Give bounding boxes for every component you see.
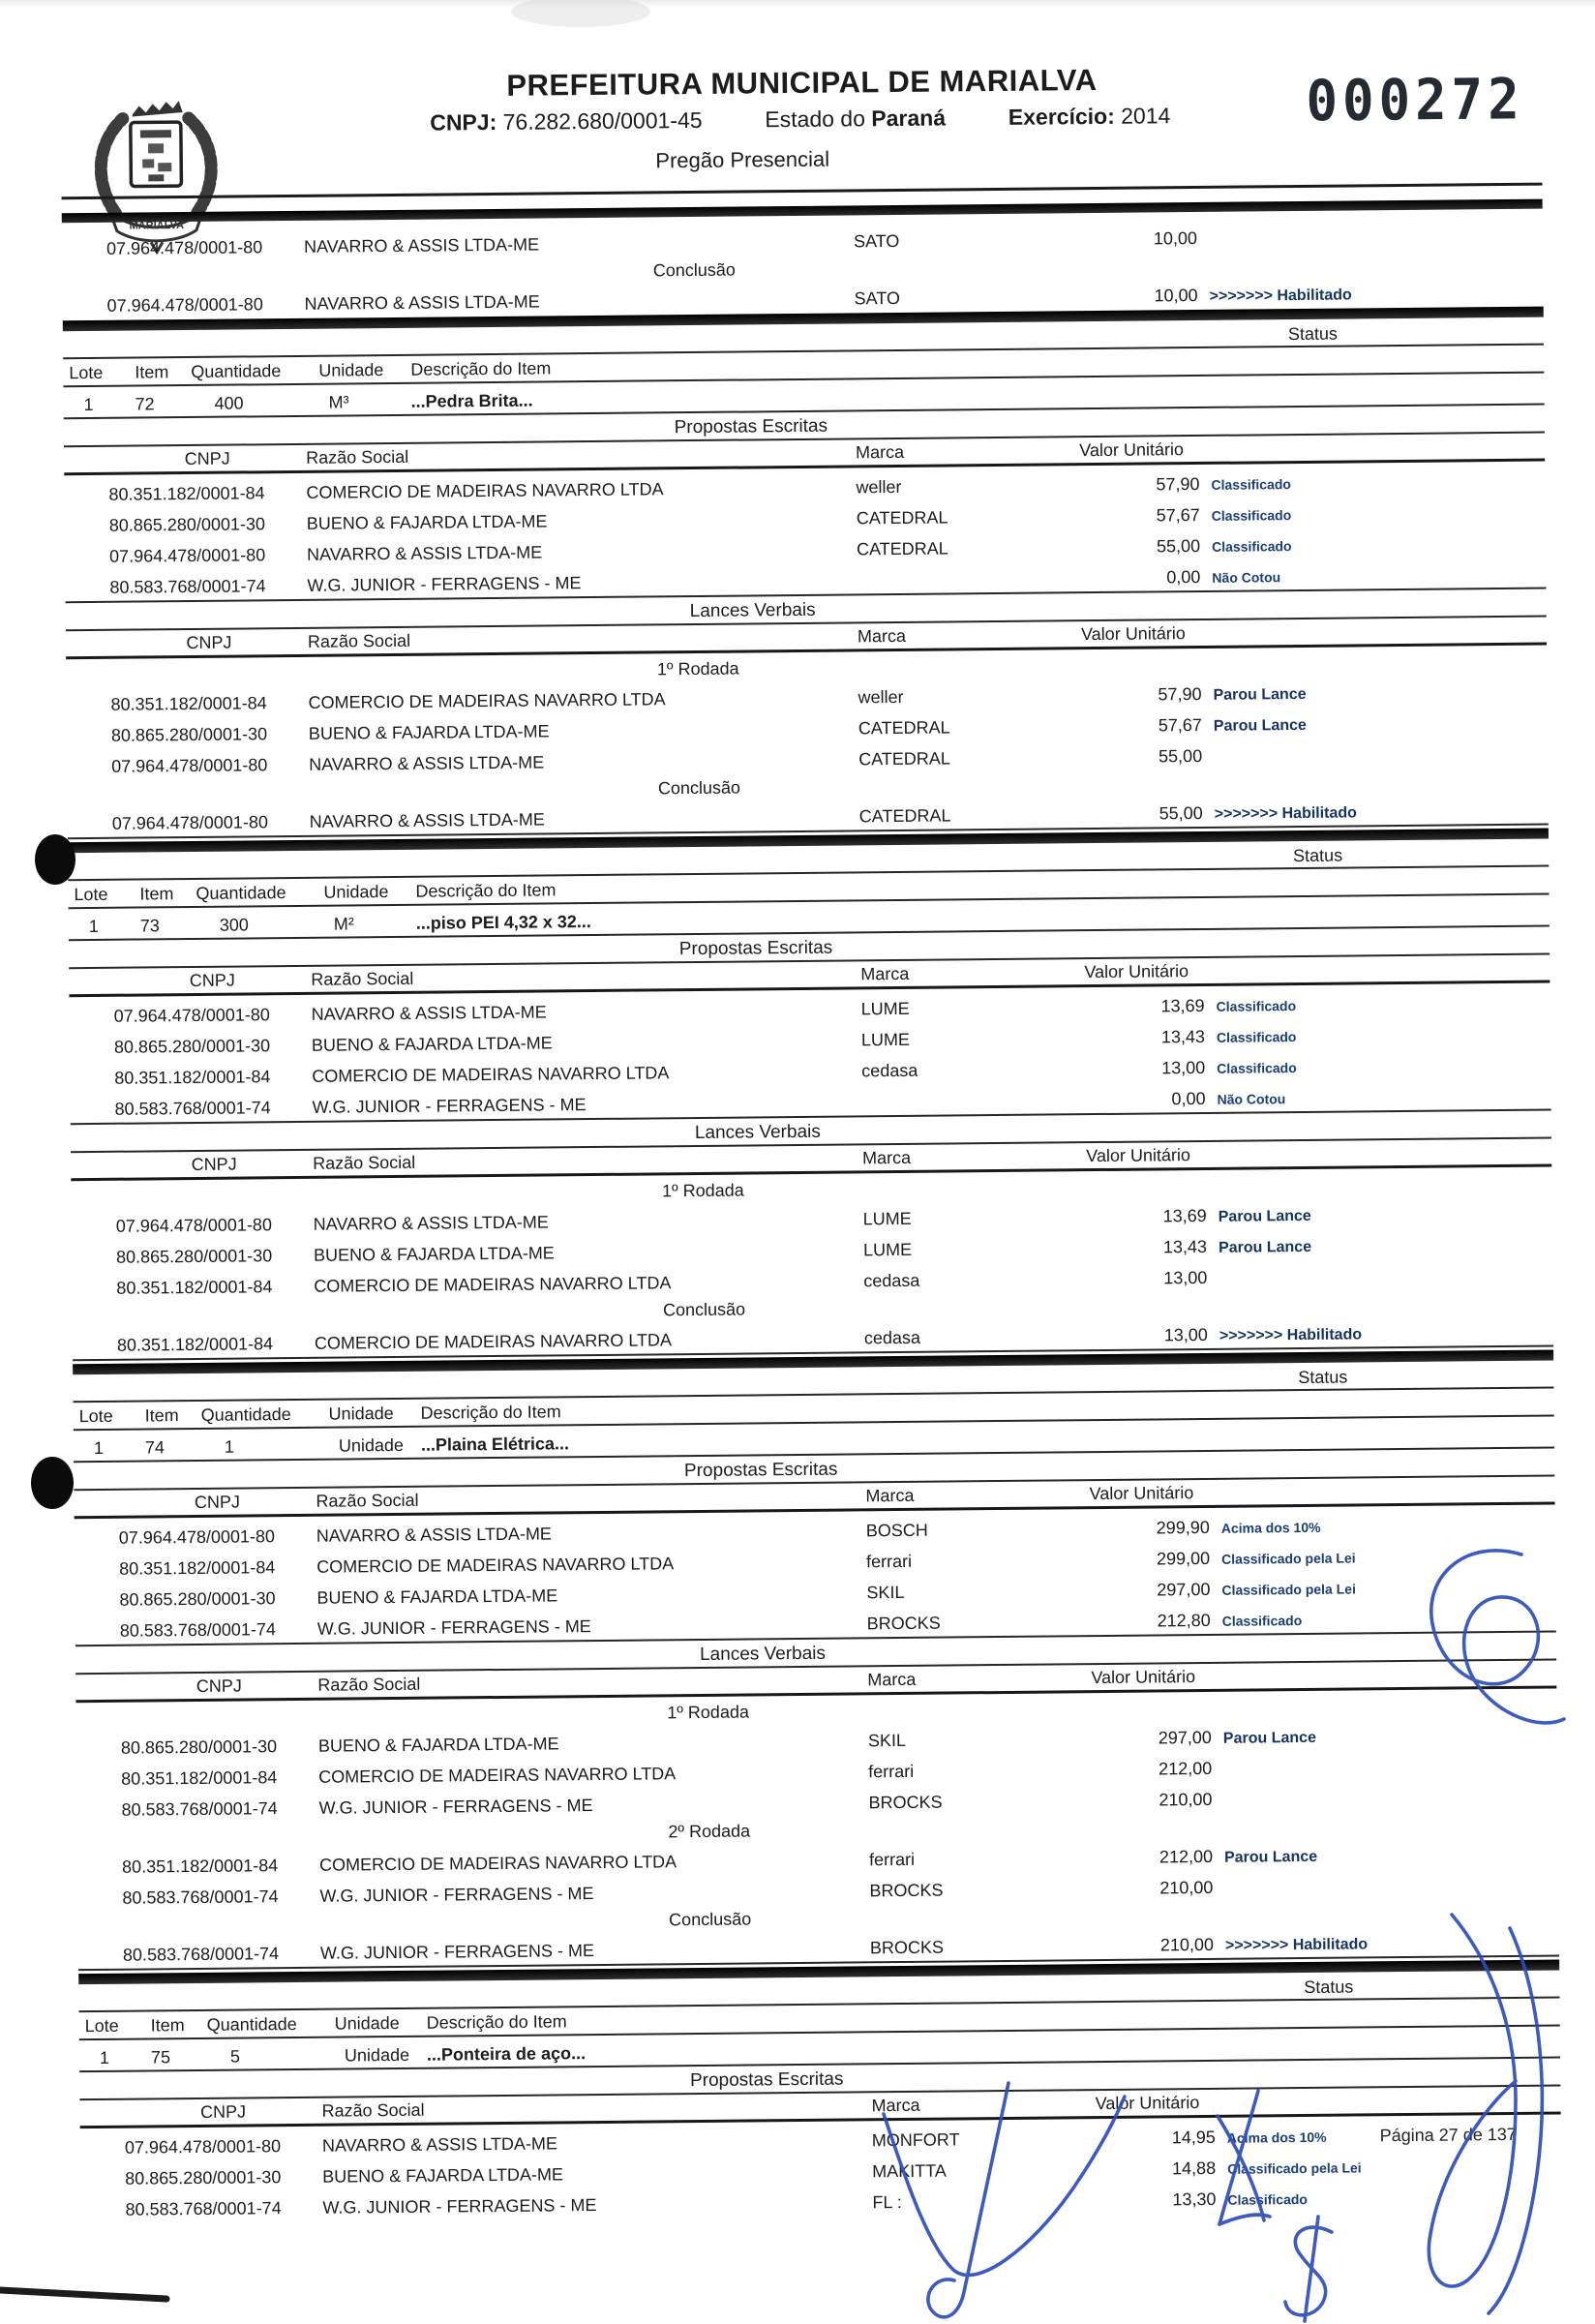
col-header-item: Item [135,362,191,383]
bid-value: 14,88 [1080,2158,1216,2180]
lot-number: 1 [75,917,113,937]
bid-brand: SATO [854,287,1062,309]
col-header-unidade: Unidade [329,1403,421,1425]
col-header-valor-unitario: Valor Unitário [1066,623,1201,645]
bid-cnpj: 80.583.768/0001-74 [109,576,307,598]
bid-cnpj: 80.351.182/0001-84 [116,1277,314,1299]
bid-status: Não Cotou [1200,564,1546,588]
bid-status-text: Classificado [1211,476,1291,493]
col-header-marca: Marca [871,2094,1079,2116]
bid-value: 55,00 [1067,746,1202,768]
bid-company: NAVARRO & ASSIS LTDA-ME [310,806,859,831]
bid-status: >>>>>>> Habilitado [1208,1322,1553,1345]
bid-cnpj: 80.351.182/0001-84 [117,1334,315,1356]
item-description: ...Pedra Brita... [410,381,1544,412]
bid-value: 212,00 [1076,1759,1212,1780]
bid-value: 13,30 [1080,2189,1216,2211]
bid-status: Classificado pela Lei [1210,1577,1555,1600]
bid-status: Parou Lance [1207,1234,1552,1257]
bid-value: 57,90 [1064,474,1199,496]
bid-value: 13,00 [1069,1058,1205,1079]
col-header-marca: Marca [867,1668,1075,1690]
bid-cnpj: 07.964.478/0001-80 [125,2136,322,2158]
col-header-valor-unitario: Valor Unitário [1073,1483,1209,1504]
bid-status: Acima dos 10% [1210,1515,1555,1538]
lot-number: 1 [79,1438,118,1459]
bid-value: 57,90 [1066,684,1201,706]
col-header-valor-unitario: Valor Unitário [1079,2093,1215,2114]
bid-status-text: Classificado pela Lei [1221,1550,1356,1566]
bid-status-text: Classificado [1212,507,1292,524]
bid-company: NAVARRO & ASSIS LTDA-ME [305,288,855,314]
bid-status: Classificado [1205,1024,1550,1047]
habilitado-arrows-status: >>>>>>> Habilitado [1225,1936,1368,1953]
bid-brand: cedasa [863,1269,1071,1291]
bid-status-text: Parou Lance [1219,1239,1311,1256]
col-header-cnpj: CNPJ [110,632,308,654]
col-header-marca: Marca [858,624,1066,647]
col-header-quantidade: Quantidade [196,883,323,904]
bid-status: Classificado pela Lei [1210,1546,1555,1569]
bid-brand: SKIL [868,1729,1076,1751]
col-header-cnpj: CNPJ [113,970,311,992]
bid-value: 57,67 [1067,715,1202,737]
bid-brand [862,1110,1070,1112]
bid-cnpj: 80.865.280/0001-30 [111,724,309,746]
document-content: MARIALVA PREFEITURA MUNICIPAL DE MARIALV… [0,0,1595,2324]
col-header-marca: Marca [860,962,1068,984]
bid-brand: ferrari [866,1550,1074,1572]
bid-company: W.G. JUNIOR - FERRAGENS - ME [317,1614,867,1639]
header-rule [62,183,1543,200]
col-header-razao-social: Razão Social [311,964,860,989]
col-header-item: Item [145,1405,201,1427]
bid-status: Parou Lance [1202,712,1548,736]
estado-label: Estado do [765,106,865,132]
bid-status: Classificado [1200,502,1546,526]
bid-status-text: Parou Lance [1219,1208,1311,1225]
bid-cnpj: 80.351.182/0001-84 [110,693,308,715]
item-number: 75 [151,2047,207,2068]
col-header-item: Item [139,884,196,905]
bid-brand: MONFORT [872,2128,1080,2151]
col-header-razao-social: Razão Social [313,1148,862,1173]
bid-cnpj: 80.583.768/0001-74 [114,1098,312,1120]
habilitado-arrows-status: >>>>>>> Habilitado [1210,287,1352,304]
document-body: 07.964.478/0001-80NAVARRO & ASSIS LTDA-M… [62,216,1562,2222]
bid-value: 13,69 [1071,1206,1207,1227]
bid-value: 10,00 [1062,286,1197,307]
bid-status-text: Classificado [1217,998,1297,1014]
bid-brand: BROCKS [867,1612,1075,1634]
bid-cnpj: 80.583.768/0001-74 [120,1619,317,1642]
bid-brand: BOSCH [866,1519,1074,1541]
page-footer: Página 27 de 137 [1380,2125,1517,2146]
bid-cnpj: 80.865.280/0001-30 [119,1588,316,1611]
bid-status: Classificado [1205,993,1550,1016]
bid-brand: FL : [872,2190,1080,2213]
col-header-razao-social: Razão Social [316,1486,865,1511]
bid-value: 14,95 [1080,2128,1216,2149]
exercicio-label: Exercício: [1008,104,1115,130]
bid-value: 55,00 [1065,536,1200,558]
col-header-valor-unitario: Valor Unitário [1070,1145,1206,1166]
bid-status: Parou Lance [1212,1724,1557,1747]
col-header-marca: Marca [865,1484,1073,1506]
bid-brand: SATO [854,229,1062,252]
bid-brand: CATEDRAL [857,537,1065,559]
item-number: 73 [140,916,196,937]
bid-brand: cedasa [861,1059,1069,1081]
col-header-unidade: Unidade [335,2013,427,2035]
col-header-valor-unitario: Valor Unitário [1068,961,1204,982]
bid-cnpj: 80.583.768/0001-74 [125,2198,322,2220]
bid-value: 13,00 [1072,1325,1208,1346]
cnpj-value: 76.282.680/0001-45 [503,107,703,135]
item-quantity: 400 [192,393,319,414]
bid-status-text: Acima dos 10% [1221,1520,1321,1536]
bid-value: 299,90 [1074,1518,1210,1539]
bid-cnpj: 07.964.478/0001-80 [107,294,305,317]
bid-brand: weller [858,685,1066,708]
lot-number: 1 [70,395,108,415]
col-header-cnpj: CNPJ [120,1675,317,1698]
bid-company: W.G. JUNIOR - FERRAGENS - ME [307,570,857,595]
bid-cnpj: 80.351.182/0001-84 [119,1557,316,1580]
item-description: ...Ponteira de aço... [427,2034,1560,2065]
bid-cnpj: 80.865.280/0001-30 [121,1736,318,1759]
bid-cnpj: 07.964.478/0001-80 [109,545,307,567]
bid-cnpj: 80.583.768/0001-74 [121,1798,318,1821]
bid-value: 212,00 [1077,1847,1213,1868]
bid-status: Classificado [1205,1055,1550,1078]
bid-brand: LUME [861,997,1069,1019]
bid-value: 10,00 [1062,228,1197,250]
bid-value: 0,00 [1069,1089,1205,1110]
bid-status: Classificado pela Lei [1216,2155,1561,2178]
bid-cnpj: 80.865.280/0001-30 [114,1036,312,1058]
scanned-document-page: MARIALVA PREFEITURA MUNICIPAL DE MARIALV… [0,0,1595,2324]
item-unit: M² [324,914,416,935]
bid-brand: BROCKS [870,1936,1078,1958]
item-quantity: 1 [201,1436,329,1458]
bid-status-text: Classificado pela Lei [1227,2159,1362,2176]
bid-cnpj: 07.964.478/0001-80 [106,237,304,259]
bid-value: 297,00 [1074,1580,1210,1601]
item-number: 72 [135,394,192,415]
bid-value: 13,43 [1069,1027,1205,1048]
col-header-cnpj: CNPJ [115,1154,313,1176]
bid-status: Parou Lance [1207,1203,1552,1226]
bid-value: 13,69 [1069,996,1205,1017]
bid-value: 0,00 [1065,567,1200,589]
bid-brand [857,589,1065,590]
bid-status-text: Classificado [1217,1029,1297,1045]
item-quantity: 5 [207,2046,335,2067]
bid-value: 55,00 [1068,803,1203,825]
bid-cnpj: 80.865.280/0001-30 [116,1246,314,1268]
bid-brand: CATEDRAL [858,747,1067,770]
col-header-razao-social: Razão Social [317,1670,867,1695]
col-header-razao-social: Razão Social [321,2096,871,2121]
item-unit: M³ [319,392,411,413]
col-header-cnpj: CNPJ [118,1492,316,1514]
bid-status: Classificado [1199,471,1545,495]
bid-brand: weller [856,475,1064,498]
bid-brand: LUME [861,1028,1069,1050]
bid-cnpj: 80.351.182/0001-84 [108,483,306,505]
col-header-quantidade: Quantidade [207,2014,335,2036]
bid-cnpj: 07.964.478/0001-80 [114,1005,312,1027]
col-header-lote: Lote [79,1405,145,1427]
cnpj-label: CNPJ: [430,109,497,136]
bid-status: >>>>>>> Habilitado [1214,1931,1559,1954]
page-number-stamp: 000272 [1306,66,1524,134]
exercicio-value: 2014 [1121,103,1170,128]
bid-brand: ferrari [868,1760,1076,1782]
bid-status: Parou Lance [1213,1843,1558,1866]
bid-company: W.G. JUNIOR - FERRAGENS - ME [322,2192,872,2218]
bid-brand: BROCKS [868,1791,1076,1813]
bid-cnpj: 80.583.768/0001-74 [123,1944,320,1966]
habilitado-arrows-status: >>>>>>> Habilitado [1219,1326,1362,1343]
bid-status: Não Cotou [1205,1086,1550,1109]
bid-status-text: Não Cotou [1212,569,1280,586]
bid-brand: BROCKS [869,1879,1077,1901]
bid-cnpj: 07.964.478/0001-80 [119,1526,316,1549]
bid-status-text: Classificado [1212,538,1292,555]
col-header-razao-social: Razão Social [306,442,856,468]
bid-status: Classificado [1200,533,1546,557]
bid-status-text: Classificado [1222,1613,1303,1629]
bid-value: 13,00 [1071,1268,1207,1289]
col-header-valor-unitario: Valor Unitário [1064,439,1199,461]
estado-value: Paraná [871,105,946,131]
bid-status-text: Parou Lance [1224,1849,1317,1866]
item-number: 74 [145,1437,201,1459]
bid-brand: CATEDRAL [859,804,1068,827]
col-header-lote: Lote [69,363,135,384]
bid-status: >>>>>>> Habilitado [1197,283,1543,306]
col-header-item: Item [151,2015,207,2037]
item-quantity: 300 [196,915,324,936]
bid-status: >>>>>>> Habilitado [1203,800,1549,824]
bid-cnpj: 80.351.182/0001-84 [114,1067,312,1089]
bid-brand: SKIL [866,1581,1074,1603]
bid-status-text: Parou Lance [1213,686,1306,704]
col-header-razao-social: Razão Social [308,626,858,651]
bid-company: COMERCIO DE MADEIRAS NAVARRO LTDA [315,1328,864,1353]
bid-value: 210,00 [1077,1878,1213,1899]
col-header-cnpj: CNPJ [108,448,306,470]
col-header-lote: Lote [74,885,139,906]
col-header-marca: Marca [856,440,1064,463]
bid-value: 210,00 [1076,1790,1212,1811]
bid-status-text: Classificado [1217,1060,1297,1076]
lot-number: 1 [85,2048,124,2068]
bid-brand: LUME [863,1238,1071,1260]
col-header-unidade: Unidade [318,360,410,381]
habilitado-arrows-status: >>>>>>> Habilitado [1215,804,1357,822]
bid-status-text: Classificado pela Lei [1221,1581,1356,1597]
col-header-lote: Lote [85,2015,151,2037]
bid-cnpj: 80.865.280/0001-30 [125,2167,322,2189]
col-header-marca: Marca [862,1146,1070,1168]
bid-brand: cedasa [864,1326,1072,1348]
item-unit: Unidade [335,2045,427,2067]
bid-status-text: Acima dos 10% [1227,2129,1327,2146]
col-header-quantidade: Quantidade [201,1404,329,1426]
bid-value: 13,43 [1071,1237,1207,1258]
bid-company: W.G. JUNIOR - FERRAGENS - ME [320,1938,870,1963]
bid-cnpj: 80.865.280/0001-30 [109,514,307,536]
col-header-cnpj: CNPJ [124,2101,321,2124]
bid-cnpj: 80.583.768/0001-74 [122,1886,319,1909]
col-header-unidade: Unidade [323,882,415,903]
bid-status: Parou Lance [1201,681,1547,705]
bid-value: 299,00 [1074,1549,1210,1570]
bid-cnpj: 07.964.478/0001-80 [111,755,309,777]
item-unit: Unidade [329,1435,421,1457]
bid-brand: MAKITTA [872,2159,1080,2182]
bid-brand: CATEDRAL [857,506,1065,528]
bid-cnpj: 80.351.182/0001-84 [121,1767,318,1790]
bid-status: Classificado [1216,2186,1561,2209]
bid-cnpj: 07.964.478/0001-80 [116,1215,314,1237]
bid-status-text: Classificado [1227,2191,1308,2208]
bid-status-text: Parou Lance [1223,1730,1316,1747]
bid-value: 57,67 [1065,505,1200,527]
col-header-quantidade: Quantidade [191,361,318,382]
item-description: ...piso PEI 4,32 x 32... [416,903,1550,934]
bid-value: 297,00 [1076,1728,1212,1749]
bid-cnpj: 80.351.182/0001-84 [122,1856,319,1878]
bid-brand: CATEDRAL [858,716,1067,739]
bid-value: 212,80 [1075,1611,1211,1632]
bid-value: 210,00 [1078,1935,1214,1956]
col-header-valor-unitario: Valor Unitário [1075,1667,1211,1688]
bid-status: Classificado [1211,1608,1556,1631]
bid-cnpj: 07.964.478/0001-80 [112,812,310,834]
bid-brand: ferrari [869,1848,1077,1870]
bid-brand: LUME [863,1207,1071,1229]
bid-company: W.G. JUNIOR - FERRAGENS - ME [312,1092,861,1117]
bid-status-text: Parou Lance [1214,717,1307,735]
item-description: ...Plaina Elétrica... [421,1425,1554,1456]
bid-status-text: Não Cotou [1217,1091,1285,1107]
document-type-subtitle: Pregão Presencial [0,139,1586,180]
